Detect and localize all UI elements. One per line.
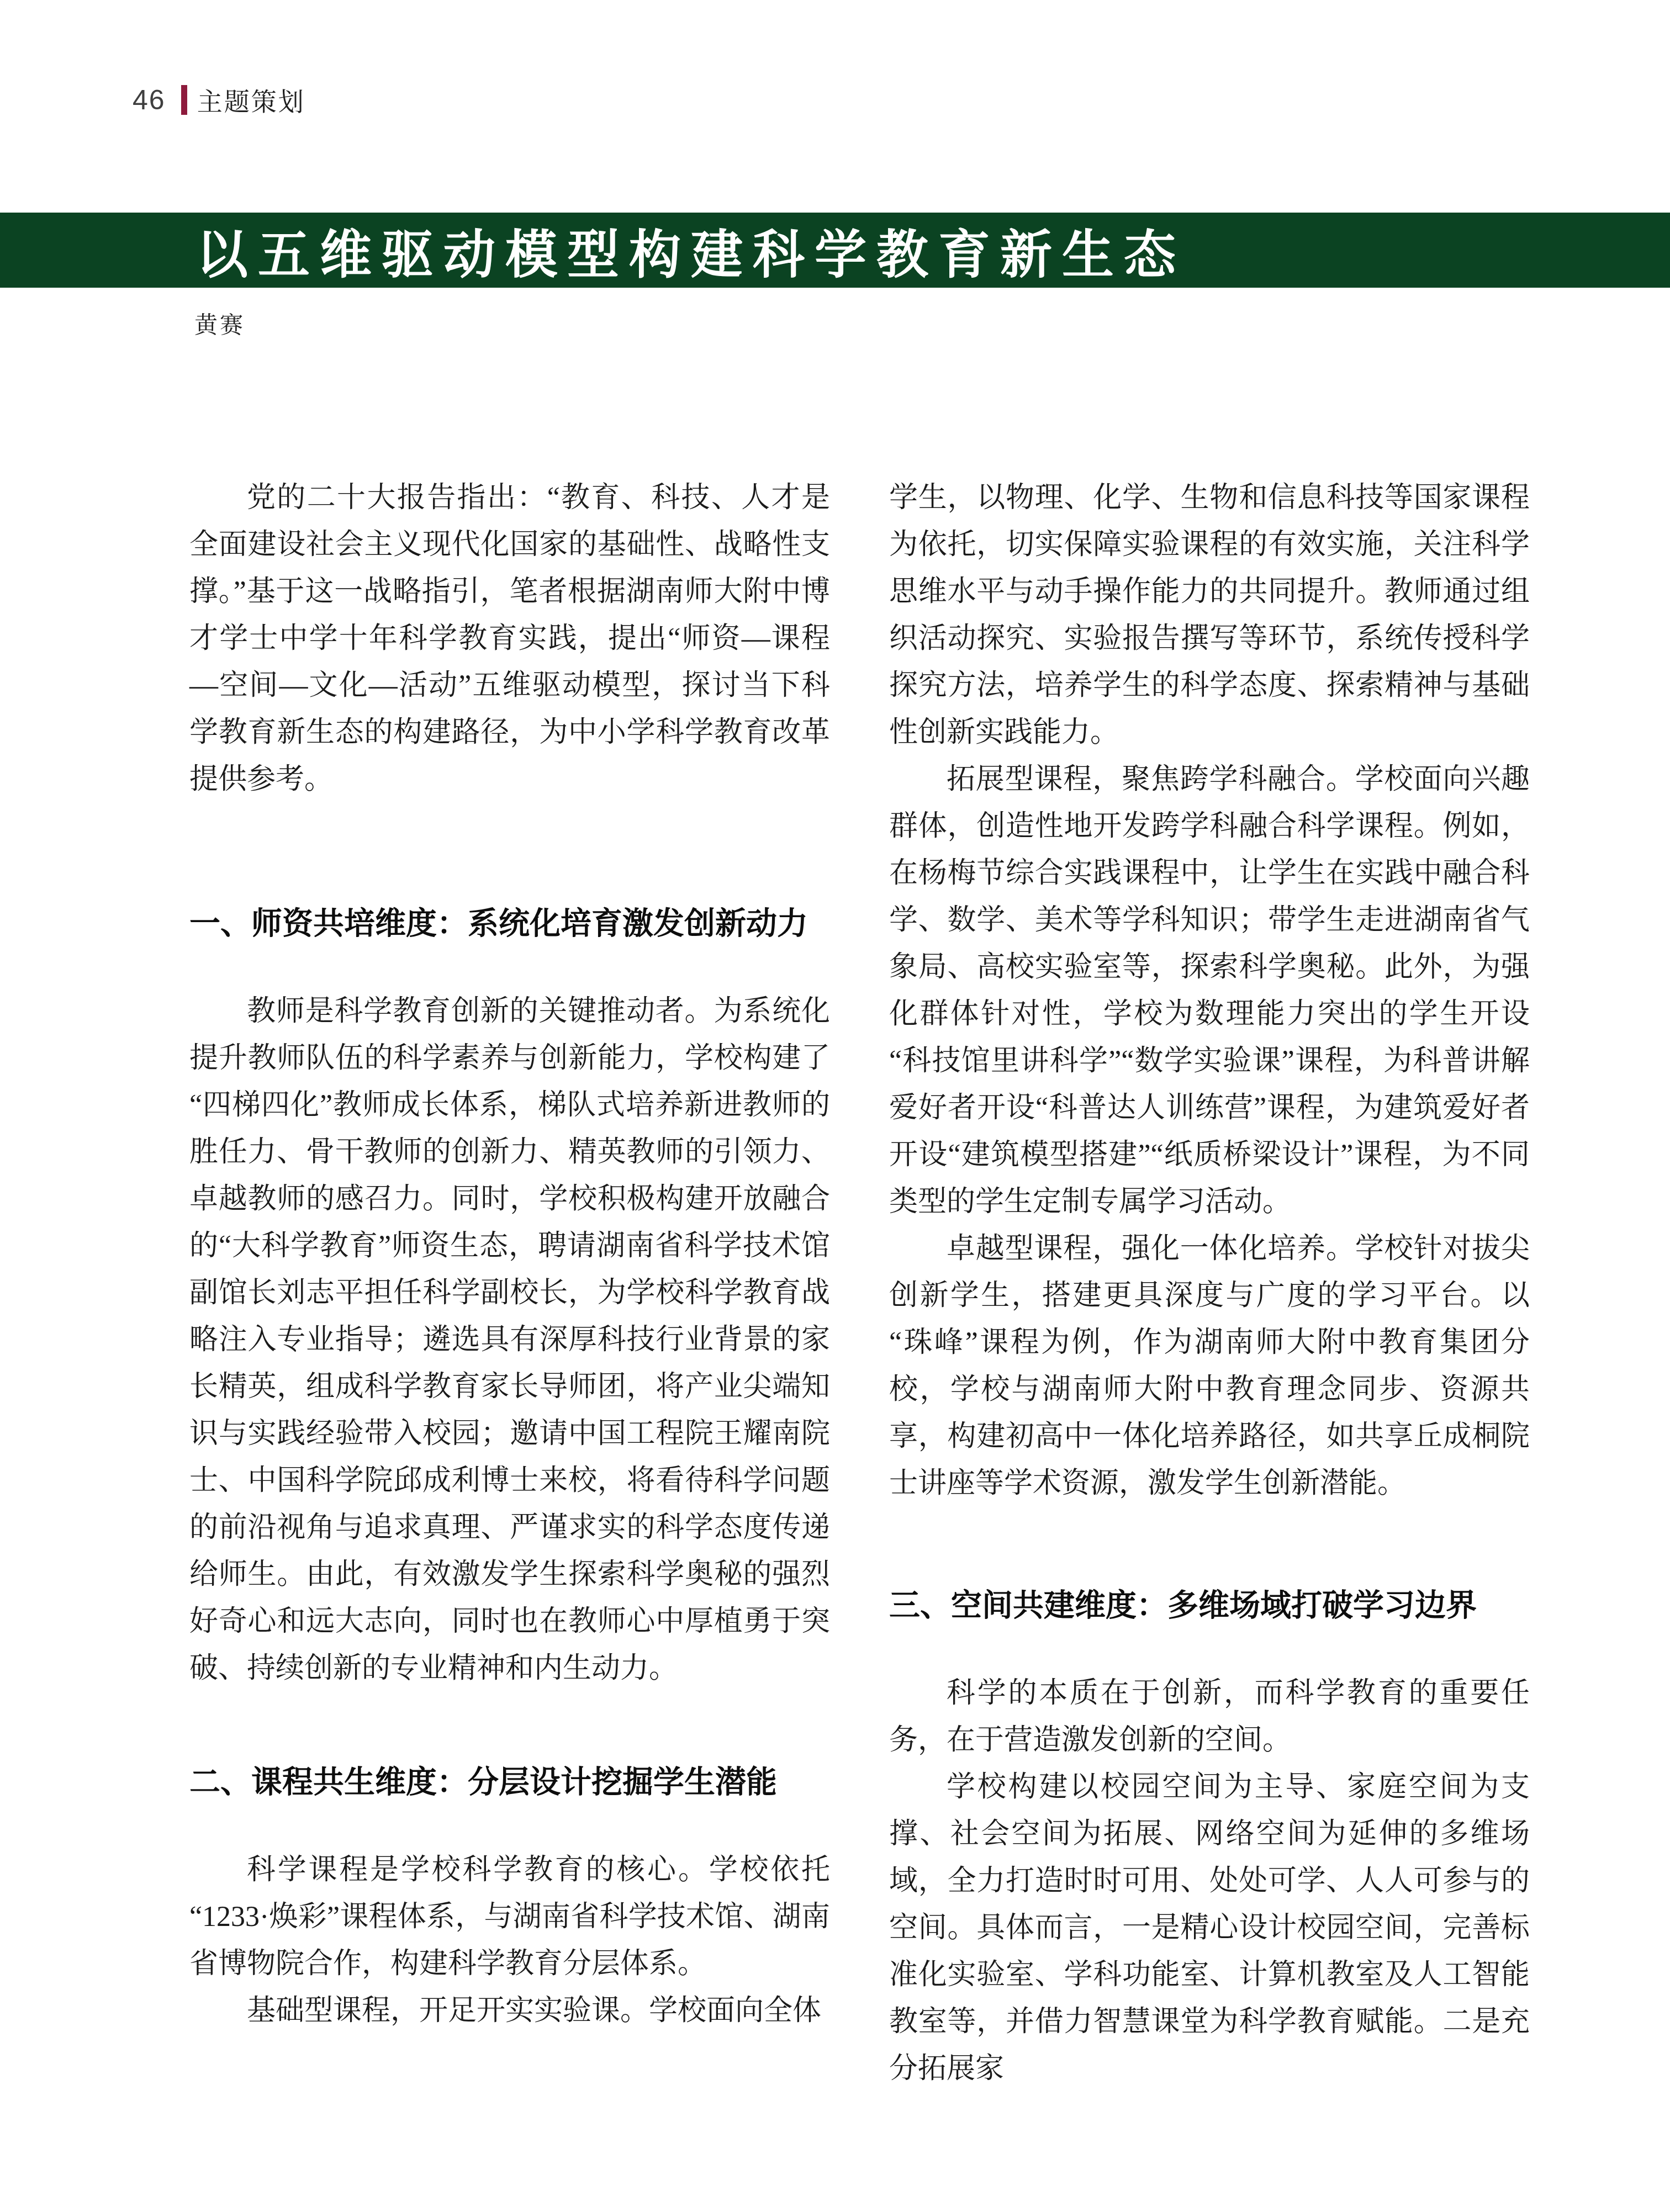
paragraph: 拓展型课程，聚焦跨学科融合。学校面向兴趣群体，创造性地开发跨学科融合科学课程。例…	[889, 756, 1530, 1225]
paragraph: 卓越型课程，强化一体化培养。学校针对拔尖创新学生，搭建更具深度与广度的学习平台。…	[889, 1225, 1530, 1507]
paragraph: 科学课程是学校科学教育的核心。学校依托“1233·焕彩”课程体系，与湖南省科学技…	[189, 1846, 830, 1987]
paragraph: 学校构建以校园空间为主导、家庭空间为支撑、社会空间为拓展、网络空间为延伸的多维场…	[889, 1764, 1530, 2092]
running-head: 46 主题策划	[133, 83, 305, 117]
right-column: 学生，以物理、化学、生物和信息科技等国家课程为依托，切实保障实验课程的有效实施，…	[889, 474, 1530, 2092]
section-heading: 一、师资共培维度：系统化培育激发创新动力	[189, 899, 830, 946]
header-divider-bar	[181, 85, 187, 115]
author-name: 黄赛	[194, 307, 245, 340]
section-heading: 三、空间共建维度：多维场域打破学习边界	[889, 1581, 1530, 1628]
paragraph: 党的二十大报告指出：“教育、科技、人才是全面建设社会主义现代化国家的基础性、战略…	[189, 474, 830, 803]
paragraph: 学生，以物理、化学、生物和信息科技等国家课程为依托，切实保障实验课程的有效实施，…	[889, 474, 1530, 756]
magazine-page: 46 主题策划 以五维驱动模型构建科学教育新生态 黄赛 党的二十大报告指出：“教…	[0, 0, 1670, 2212]
paragraph: 基础型课程，开足开实实验课。学校面向全体	[189, 1987, 830, 2034]
title-banner: 以五维驱动模型构建科学教育新生态	[0, 213, 1670, 288]
paragraph: 教师是科学教育创新的关键推动者。为系统化提升教师队伍的科学素养与创新能力，学校构…	[189, 988, 830, 1692]
page-number: 46	[133, 84, 166, 116]
section-heading: 二、课程共生维度：分层设计挖掘学生潜能	[189, 1758, 830, 1805]
left-column: 党的二十大报告指出：“教育、科技、人才是全面建设社会主义现代化国家的基础性、战略…	[189, 474, 830, 2034]
article-title: 以五维驱动模型构建科学教育新生态	[0, 213, 1186, 288]
section-label: 主题策划	[197, 82, 305, 118]
paragraph: 科学的本质在于创新，而科学教育的重要任务，在于营造激发创新的空间。	[889, 1670, 1530, 1764]
